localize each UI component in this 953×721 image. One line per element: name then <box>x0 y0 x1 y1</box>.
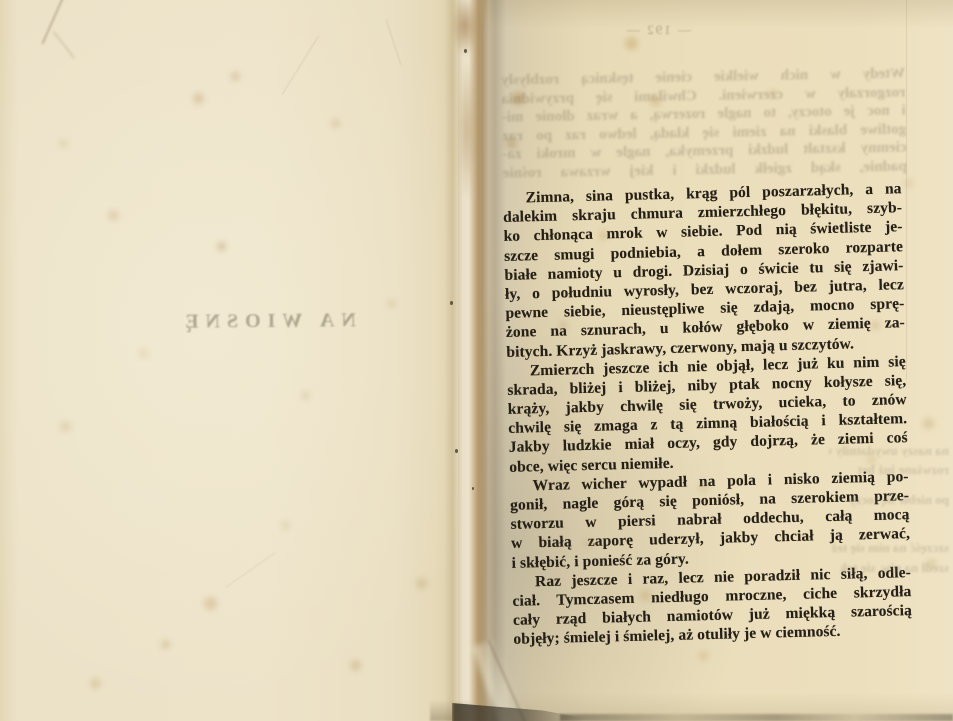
bottom-edge-shadow <box>560 714 953 721</box>
gutter-stain <box>458 60 476 200</box>
ink-speck <box>472 487 474 490</box>
ink-speck <box>450 301 453 305</box>
ghost-margin-fragment: na naszy uwydatniły w chm <box>829 443 949 459</box>
left-page <box>0 0 458 721</box>
main-text-block: Zimna, sina pustka, krąg pól poszarzałyc… <box>502 179 912 649</box>
ghost-margin-fragment: szedł na niw, się tak <box>829 560 949 576</box>
ink-speck <box>464 49 467 53</box>
foxing-stains-right <box>0 0 7 7</box>
paper-scratch <box>386 19 402 65</box>
paper-scratch <box>282 35 320 95</box>
ghost-margin-fragment: rozwiane już het <box>829 462 949 478</box>
ghost-title-bleedthrough: NA WIOSNĘ <box>162 309 372 334</box>
paper-crease <box>906 0 907 380</box>
ink-speck <box>455 449 458 453</box>
page-edge-shadow <box>430 700 470 721</box>
gutter-stain <box>452 0 478 56</box>
ghost-margin-fragment: szczęść na nim się też <box>829 540 949 556</box>
ghost-page-number-bleedthrough: — 192 — <box>588 22 728 38</box>
book-scan: NA WIOSNĘ — 192 — Wtedy w nich wielkie c… <box>0 0 953 721</box>
ghost-paragraph-bleedthrough: Wtedy w nich wielkie cienie tęsknicą roz… <box>501 64 907 183</box>
paper-tear <box>53 31 76 59</box>
paper-scratch <box>226 552 276 587</box>
ghost-margin-fragment: po niebie się toczy <box>829 492 949 508</box>
paper-tear <box>42 0 65 44</box>
